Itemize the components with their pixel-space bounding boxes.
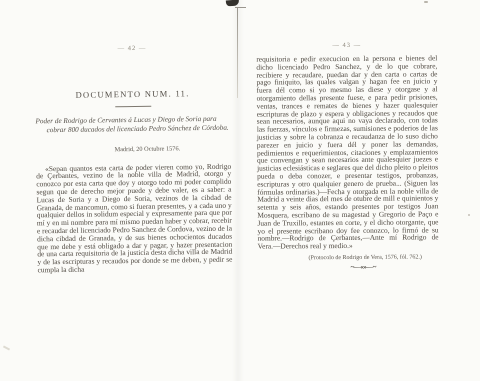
right-page: — 43 — requisitoria e pedir execucion en… [256, 41, 439, 271]
document-heading: DOCUMENTO NUM. 11. [35, 88, 230, 101]
document-summary: Poder de Rodrigo de Cervantes á Lucas y … [35, 115, 230, 135]
scan-speck [424, 1, 428, 3]
source-citation: (Protocolo de Rodrigo de Vera, 1576, fól… [258, 254, 439, 261]
scan-speck [468, 214, 470, 216]
book-scan: — 42 — DOCUMENTO NUM. 11. Poder de Rodri… [0, 0, 480, 381]
left-page: — 42 — DOCUMENTO NUM. 11. Poder de Rodri… [34, 44, 232, 274]
scan-speck [3, 345, 10, 350]
tailpiece-ornament-icon: ~—«»—~ [258, 262, 439, 271]
heading-rule [115, 106, 151, 108]
page-fold-line [237, 8, 238, 98]
dateline: Madrid, 20 Octubre 1576. [36, 144, 231, 154]
page-number-left: — 42 — [34, 44, 229, 54]
body-text-left: «Sepan quantos esta carta de poder viere… [36, 162, 233, 274]
page-fold-shading [232, 0, 244, 381]
page-number-right: — 43 — [256, 41, 437, 49]
body-text-right: requisitoria e pedir execucion en la per… [256, 54, 438, 250]
